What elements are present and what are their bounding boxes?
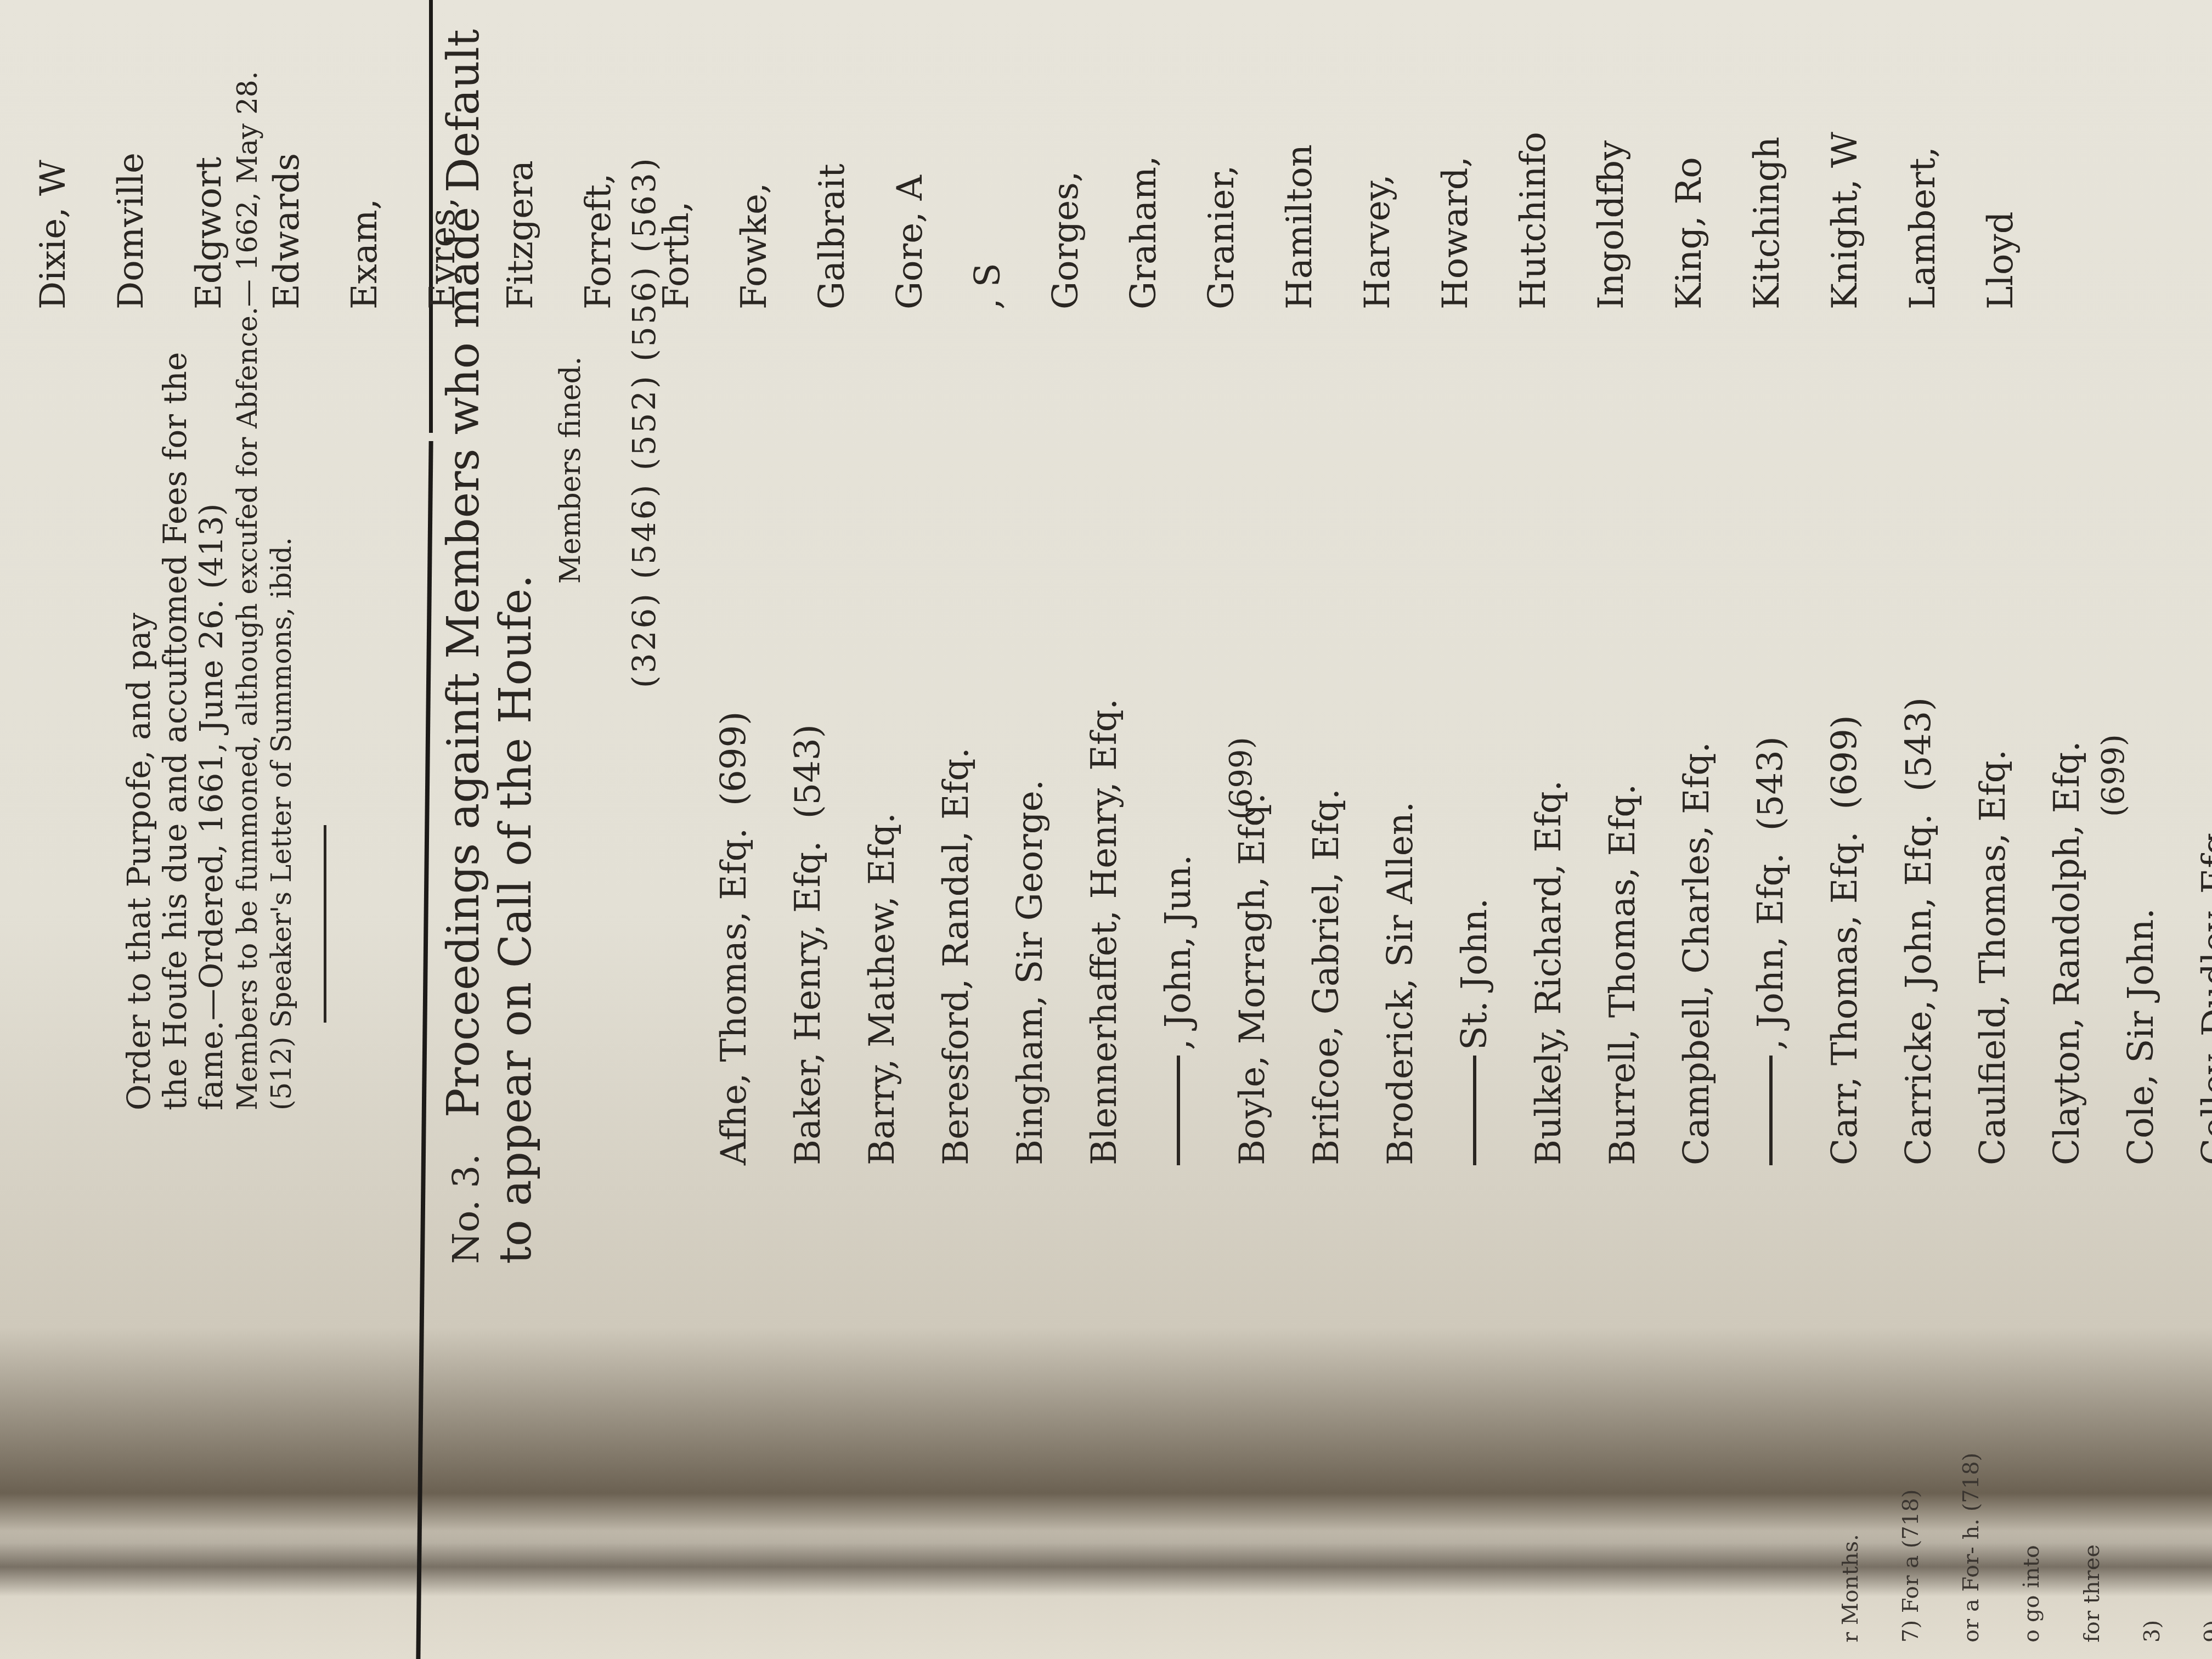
list-item: Granier,: [1201, 132, 1279, 309]
list-item: Hamilton: [1279, 132, 1357, 309]
list-item: Fitzgera: [500, 132, 578, 309]
list-item: Knight, W: [1825, 132, 1903, 309]
list-item: King, Ro: [1669, 132, 1747, 309]
list-item: Forth,: [656, 132, 734, 309]
rotated-column-2: Dixie, W Domville Edgwort Edwards Exam, …: [0, 0, 2212, 1659]
list-item: Fowke,: [734, 132, 812, 309]
list-item: Lloyd: [1980, 132, 2058, 309]
list-item: Howard,: [1435, 132, 1513, 309]
list-item: , S: [968, 132, 1046, 309]
list-item: Exam,: [345, 132, 422, 309]
members-list-column-2-items: Dixie, W Domville Edgwort Edwards Exam, …: [33, 132, 2058, 309]
list-item: Eyres,: [422, 132, 500, 309]
list-item: Gore, A: [890, 132, 968, 309]
list-item: Domville: [111, 132, 189, 309]
list-item: Hutchinfo: [1513, 132, 1591, 309]
list-item: Lambert,: [1903, 132, 1980, 309]
facing-page-fragments: r Months. 7) For a (718) or a For- h. (7…: [1838, 1094, 2212, 1643]
list-item: Gorges,: [1046, 132, 1124, 309]
list-item: Ingoldfby: [1591, 132, 1669, 309]
list-item: Graham,: [1124, 132, 1201, 309]
list-item: Harvey,: [1357, 132, 1435, 309]
list-item: Edwards: [267, 132, 345, 309]
list-item: Galbrait: [812, 132, 890, 309]
list-item: Edgwort: [189, 132, 267, 309]
list-item: Forreft,: [578, 132, 656, 309]
list-item: Kitchingh: [1747, 132, 1825, 309]
list-item: Dixie, W: [33, 132, 111, 309]
